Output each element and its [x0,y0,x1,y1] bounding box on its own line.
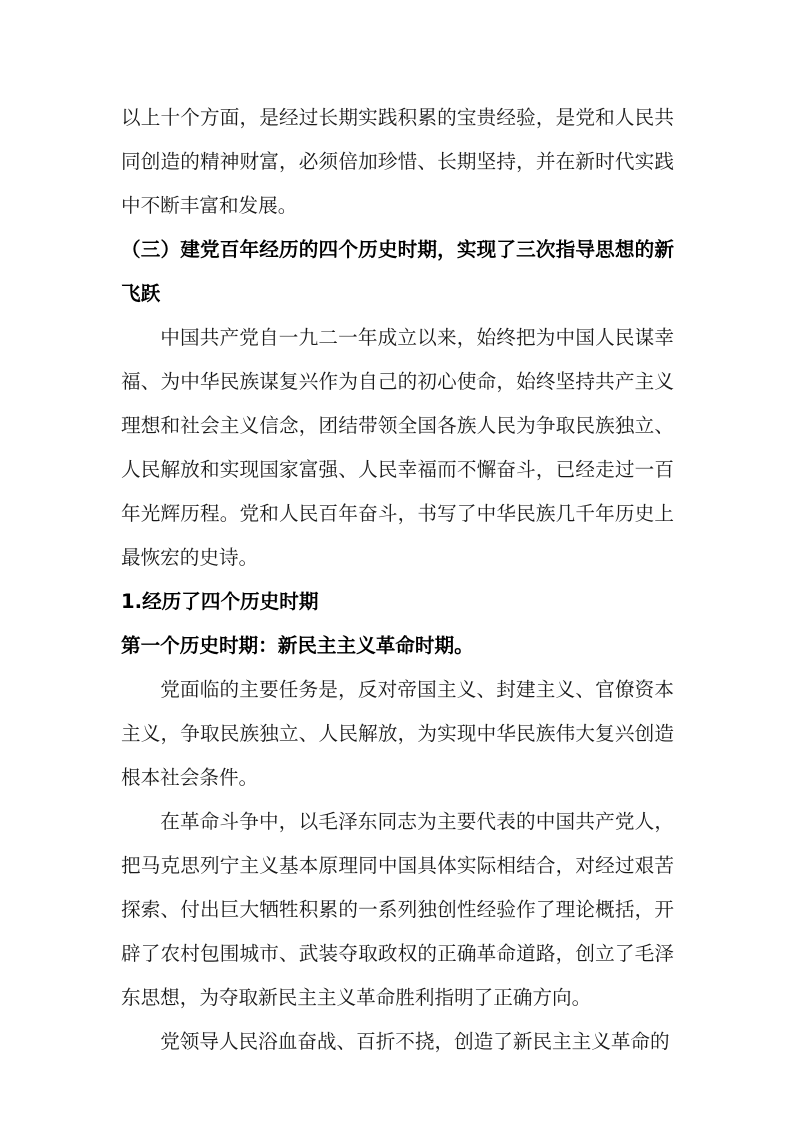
paragraph-intro: 中国共产党自一九二一年成立以来，始终把为中国人民谋幸福、为中华民族谋复兴作为自己… [121,316,674,580]
subheading-four-periods: 1.经历了四个历史时期 [121,580,674,624]
paragraph-summary: 以上十个方面，是经过长期实践积累的宝贵经验，是党和人民共同创造的精神财富，必须倍… [121,96,674,228]
section-heading: （三）建党百年经历的四个历史时期，实现了三次指导思想的新飞跃 [121,228,674,316]
paragraph-main-task: 党面临的主要任务是，反对帝国主义、封建主义、官僚资本主义，争取民族独立、人民解放… [121,668,674,800]
paragraph-party-leadership: 党领导人民浴血奋战、百折不挠，创造了新民主主义革命的 [121,1020,674,1064]
document-page: 以上十个方面，是经过长期实践积累的宝贵经验，是党和人民共同创造的精神财富，必须倍… [121,96,674,1064]
paragraph-revolution-struggle: 在革命斗争中，以毛泽东同志为主要代表的中国共产党人，把马克思列宁主义基本原理同中… [121,800,674,1020]
subheading-first-period: 第一个历史时期：新民主主义革命时期。 [121,624,674,668]
